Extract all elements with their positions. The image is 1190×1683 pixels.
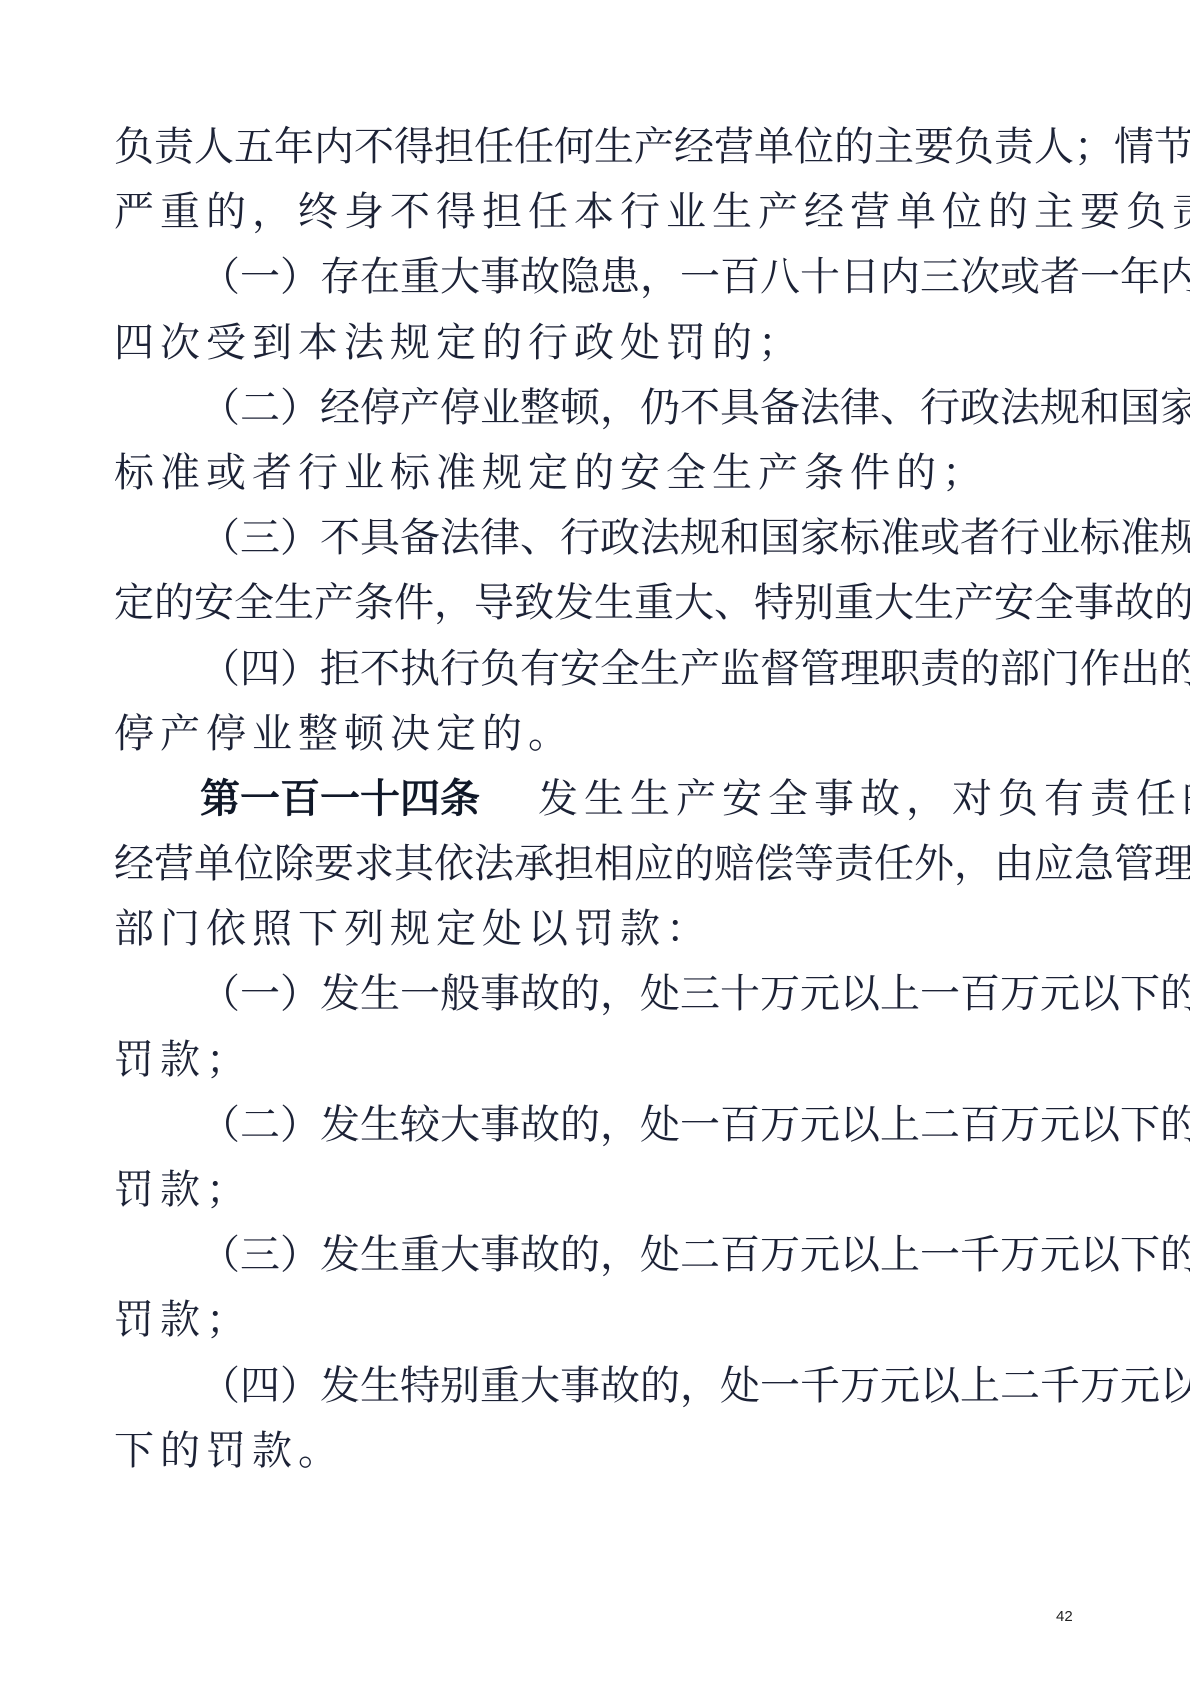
document-page: 负责人五年内不得担任任何生产经营单位的主要负责人；情节 严重的，终身不得担任本行…: [0, 0, 1190, 1683]
text-line: 停产停业整顿决定的。: [114, 702, 1079, 767]
text-line: 四次受到本法规定的行政处罚的；: [114, 311, 1079, 376]
article-heading-line: 第一百一十四条发生生产安全事故，对负有责任的生产: [114, 767, 1079, 832]
body-text: 负责人五年内不得担任任何生产经营单位的主要负责人；情节 严重的，终身不得担任本行…: [114, 115, 1079, 1484]
list-item-line: （一）存在重大事故隐患，一百八十日内三次或者一年内: [114, 245, 1076, 310]
list-item-line: （四）拒不执行负有安全生产监督管理职责的部门作出的: [114, 637, 1076, 702]
text-line: 罚款；: [114, 1158, 1079, 1223]
list-item-line: （二）经停产停业整顿，仍不具备法律、行政法规和国家: [114, 376, 1076, 441]
text-line: 负责人五年内不得担任任何生产经营单位的主要负责人；情节: [114, 115, 1076, 180]
text-line: 罚款；: [114, 1028, 1079, 1093]
text-line: 定的安全生产条件，导致发生重大、特别重大生产安全事故的；: [114, 571, 1076, 636]
list-item-line: （四）发生特别重大事故的，处一千万元以上二千万元以: [114, 1354, 1076, 1419]
text-line: 下的罚款。: [114, 1419, 1079, 1484]
page-number: 42: [1056, 1608, 1073, 1625]
text-line: 罚款；: [114, 1288, 1079, 1353]
text-line: 部门依照下列规定处以罚款：: [114, 897, 1079, 962]
list-item-line: （三）发生重大事故的，处二百万元以上一千万元以下的: [114, 1223, 1076, 1288]
list-item-line: （二）发生较大事故的，处一百万元以上二百万元以下的: [114, 1093, 1076, 1158]
article-heading: 第一百一十四条: [200, 776, 480, 822]
article-first-line: 发生生产安全事故，对负有责任的生产: [538, 776, 1190, 822]
text-line: 严重的，终身不得担任本行业生产经营单位的主要负责人：: [114, 180, 1079, 245]
text-line: 标准或者行业标准规定的安全生产条件的；: [114, 441, 1079, 506]
list-item-line: （三）不具备法律、行政法规和国家标准或者行业标准规: [114, 506, 1076, 571]
text-line: 经营单位除要求其依法承担相应的赔偿等责任外，由应急管理: [114, 832, 1076, 897]
list-item-line: （一）发生一般事故的，处三十万元以上一百万元以下的: [114, 962, 1076, 1027]
